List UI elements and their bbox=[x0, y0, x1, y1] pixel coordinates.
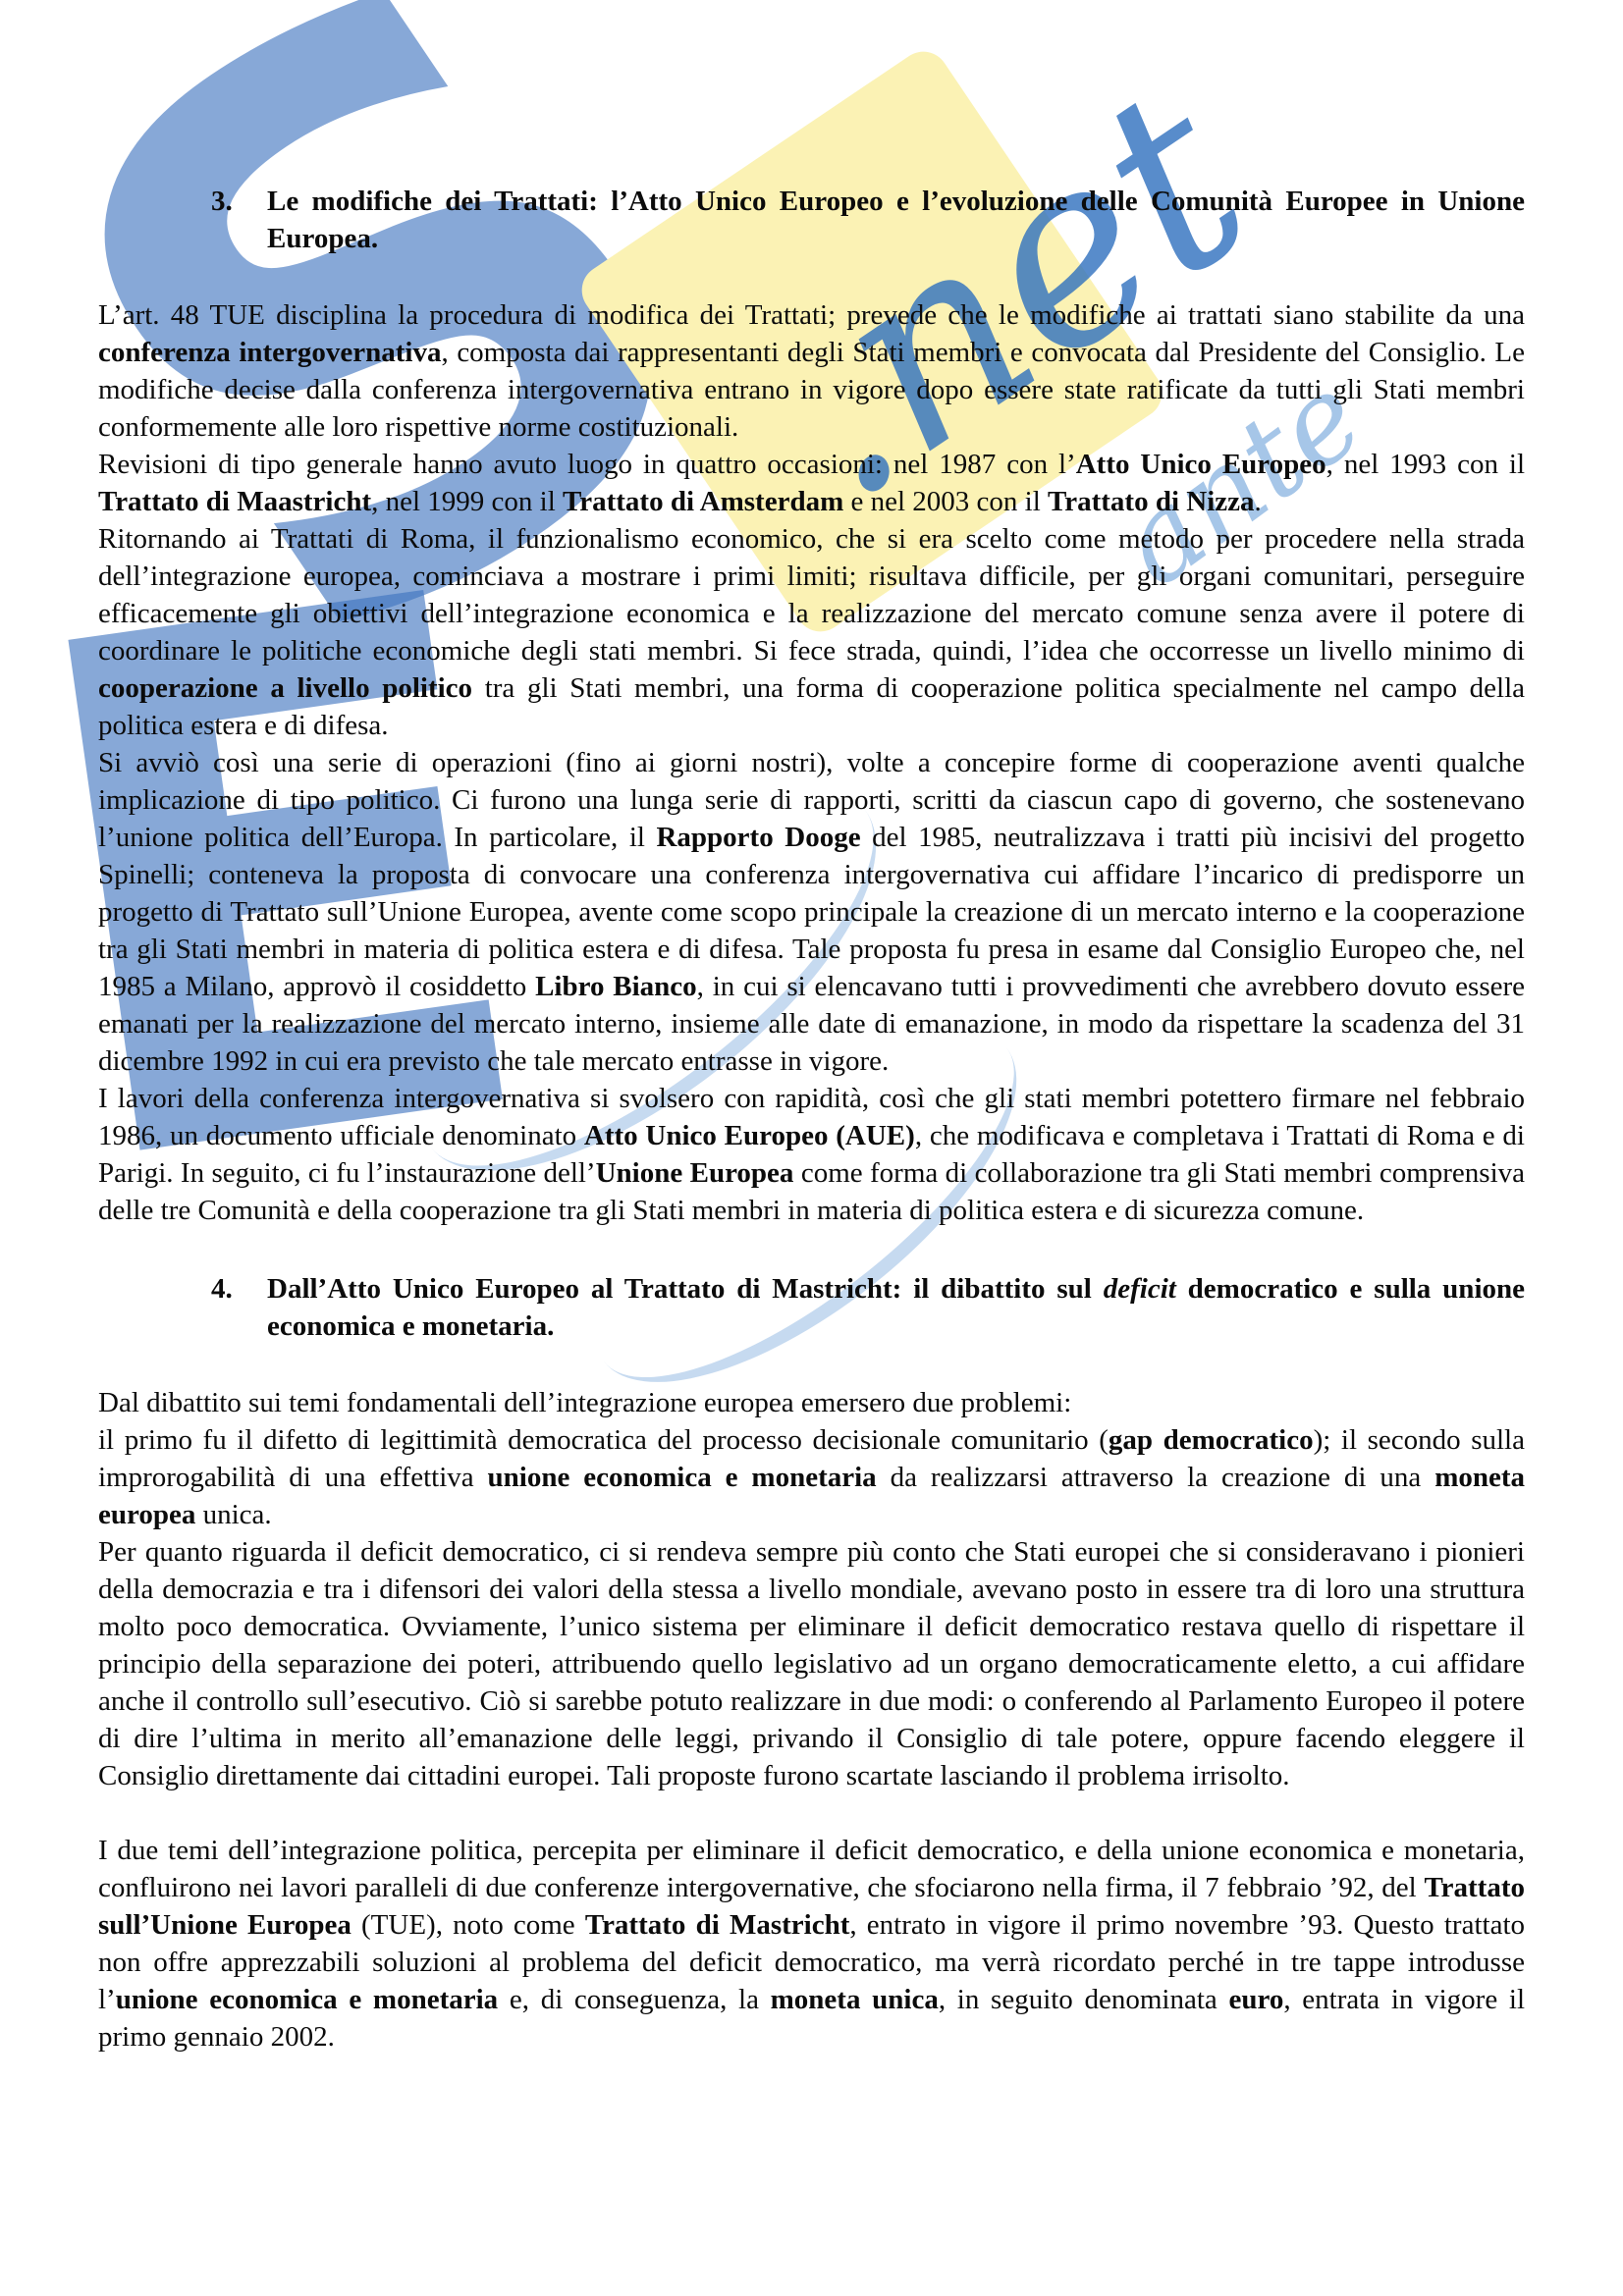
text-run: , nel 1993 con il bbox=[1326, 449, 1525, 480]
paragraph: I lavori della conferenza intergovernati… bbox=[98, 1080, 1525, 1229]
paragraph: I due temi dell’integrazione politica, p… bbox=[98, 1832, 1525, 2056]
document-body: 3.Le modifiche dei Trattati: l’Atto Unic… bbox=[98, 183, 1525, 2056]
text-run: Atto Unico Europeo bbox=[1076, 449, 1326, 480]
text-run: Trattato di Amsterdam bbox=[563, 486, 843, 517]
text-run: conferenza intergovernativa bbox=[98, 337, 442, 368]
text-run: . bbox=[1255, 486, 1262, 517]
text-run: Rapporto Dooge bbox=[656, 822, 860, 853]
document-page: S E .net ante 3.Le modifiche dei Trattat… bbox=[0, 0, 1623, 2296]
text-run: deficit bbox=[1104, 1273, 1176, 1305]
text-run: Trattato di Maastricht bbox=[98, 486, 371, 517]
text-run: Trattato di Mastricht bbox=[585, 1909, 850, 1941]
text-run: Ritornando ai Trattati di Roma, il funzi… bbox=[98, 523, 1525, 667]
text-run: Revisioni di tipo generale hanno avuto l… bbox=[98, 449, 1076, 480]
paragraph: Per quanto riguarda il deficit democrati… bbox=[98, 1533, 1525, 1794]
section-heading: 3.Le modifiche dei Trattati: l’Atto Unic… bbox=[98, 183, 1525, 257]
text-run: Dall’Atto Unico Europeo al Trattato di M… bbox=[267, 1273, 1104, 1305]
paragraph: Ritornando ai Trattati di Roma, il funzi… bbox=[98, 520, 1525, 744]
text-run: I due temi dell’integrazione politica, p… bbox=[98, 1835, 1525, 1903]
paragraph: Si avviò così una serie di operazioni (f… bbox=[98, 744, 1525, 1080]
text-run: unica. bbox=[195, 1499, 271, 1530]
text-run: unione economica e monetaria bbox=[116, 1984, 498, 2015]
text-run: da realizzarsi attraverso la creazione d… bbox=[877, 1462, 1435, 1493]
text-run: gap democratico bbox=[1109, 1424, 1314, 1456]
paragraph: il primo fu il difetto di legittimità de… bbox=[98, 1421, 1525, 1533]
text-run: Atto Unico Europeo (AUE) bbox=[584, 1120, 915, 1151]
text-run: L’art. 48 TUE disciplina la procedura di… bbox=[98, 299, 1525, 331]
heading-text: Dall’Atto Unico Europeo al Trattato di M… bbox=[267, 1270, 1525, 1345]
text-run: , nel 1999 con il bbox=[371, 486, 563, 517]
text-run: (TUE), noto come bbox=[352, 1909, 585, 1941]
text-run: euro bbox=[1228, 1984, 1283, 2015]
text-run: Per quanto riguarda il deficit democrati… bbox=[98, 1536, 1525, 1791]
text-run: Libro Bianco bbox=[535, 971, 697, 1002]
text-run: e nel 2003 con il bbox=[843, 486, 1048, 517]
text-run: unione economica e monetaria bbox=[488, 1462, 877, 1493]
text-run: Trattato di Nizza bbox=[1048, 486, 1254, 517]
heading-text: Le modifiche dei Trattati: l’Atto Unico … bbox=[267, 183, 1525, 257]
text-run: , in seguito denominata bbox=[939, 1984, 1229, 2015]
paragraph: Dal dibattito sui temi fondamentali dell… bbox=[98, 1384, 1525, 1421]
text-run: il primo fu il difetto di legittimità de… bbox=[98, 1424, 1109, 1456]
text-run: e, di conseguenza, la bbox=[498, 1984, 770, 2015]
text-run: moneta unica bbox=[771, 1984, 939, 2015]
paragraph: L’art. 48 TUE disciplina la procedura di… bbox=[98, 296, 1525, 446]
heading-number: 3. bbox=[211, 183, 267, 257]
section-heading: 4.Dall’Atto Unico Europeo al Trattato di… bbox=[98, 1270, 1525, 1345]
text-run: Unione Europea bbox=[596, 1157, 794, 1189]
text-run: cooperazione a livello politico bbox=[98, 672, 472, 704]
paragraph: Revisioni di tipo generale hanno avuto l… bbox=[98, 446, 1525, 520]
heading-number: 4. bbox=[211, 1270, 267, 1345]
text-run: Dal dibattito sui temi fondamentali dell… bbox=[98, 1387, 1071, 1418]
text-run: Le modifiche dei Trattati: l’Atto Unico … bbox=[267, 186, 1525, 254]
